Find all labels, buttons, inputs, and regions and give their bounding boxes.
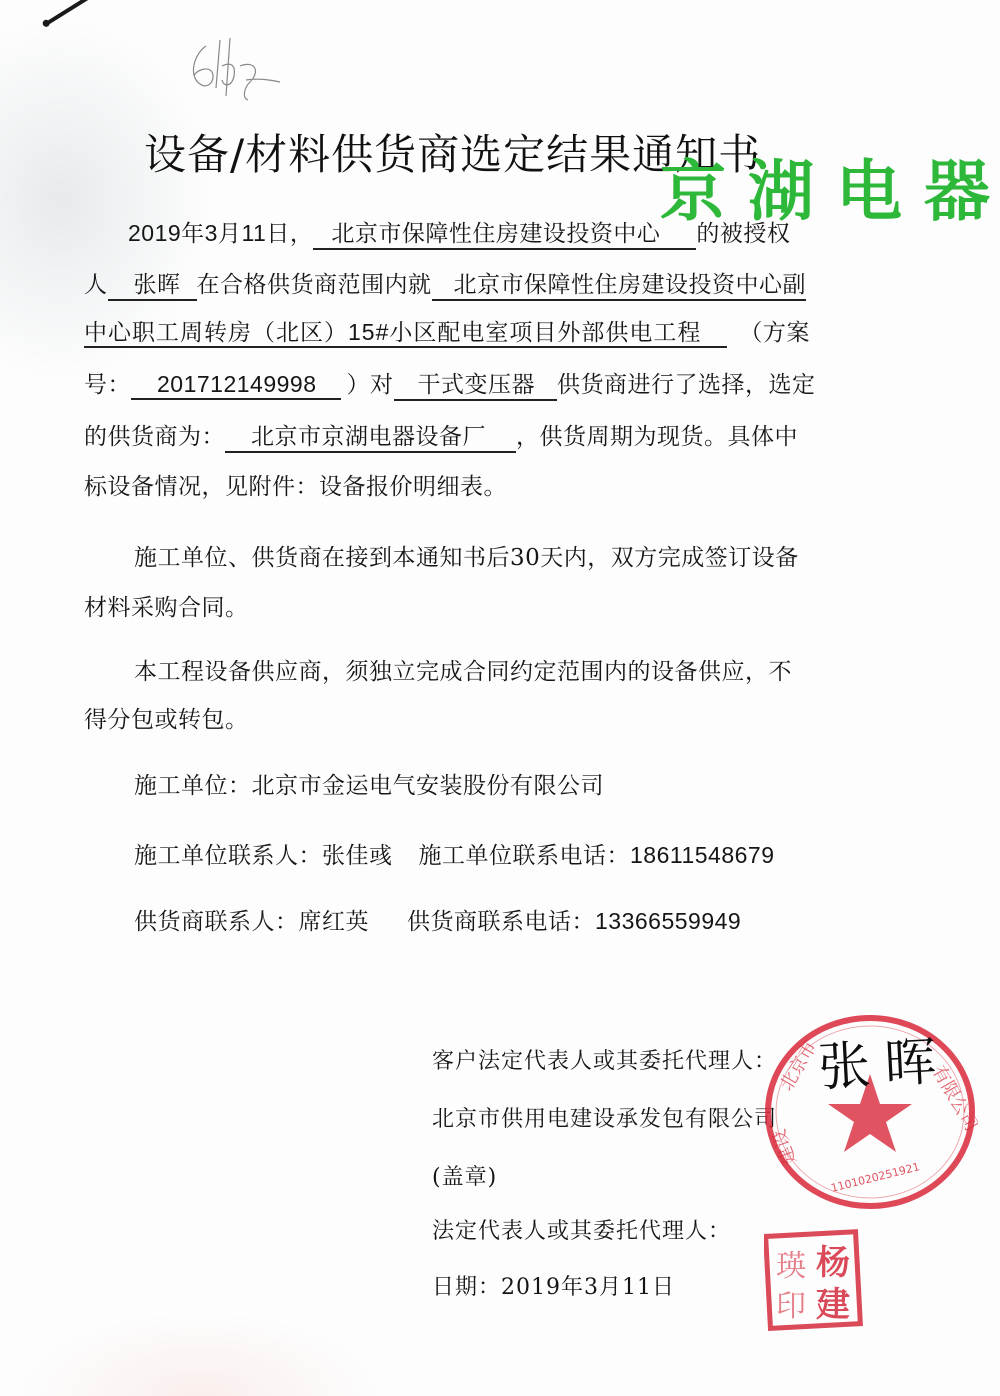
construction-unit-label: 施工单位： — [134, 773, 252, 799]
paragraph3-line2: 得分包或转包。 — [84, 705, 249, 735]
date-row: 日期：2019年3月11日 — [432, 1270, 675, 1301]
legal-rep-label: 法定代表人或其委托代理人： — [432, 1214, 731, 1245]
text: 号： — [84, 372, 131, 398]
date-label: 日期： — [432, 1275, 501, 1300]
paragraph1-line1: 2019年3月11日，北京市保障性住房建设投资中心的被授权 — [128, 218, 790, 250]
paragraph2-line1: 施工单位、供货商在接到本通知书后30天内，双方完成签订设备 — [134, 543, 799, 573]
paragraph1-line4: 号：201712149998）对干式变压器供货商进行了选择，选定 — [84, 370, 816, 401]
paragraph1-line5: 的供货商为：北京市京湖电器设备厂，供货周期为现货。具体中 — [84, 422, 798, 453]
paragraph3-line1: 本工程设备供应商，须独立完成合同约定范围内的设备供应，不 — [134, 657, 792, 687]
company-name: 北京市供用电建设承发包有限公司 — [432, 1102, 777, 1133]
svg-text:建: 建 — [816, 1285, 850, 1325]
text: 的被授权 — [696, 221, 790, 247]
text: ）对 — [341, 372, 394, 398]
text: 的供货商为： — [84, 424, 225, 450]
svg-text:建设: 建设 — [769, 1126, 801, 1167]
pen-mark — [45, 0, 93, 26]
text: 人 — [84, 272, 108, 298]
supplier-phone-value: 13366559949 — [595, 908, 741, 934]
supplier-field: 北京市京湖电器设备厂 — [225, 423, 516, 453]
construction-unit-value: 北京市金运电气安装股份有限公司 — [252, 773, 605, 799]
svg-text:瑛: 瑛 — [776, 1249, 806, 1284]
supplier-phone-label: 供货商联系电话： — [407, 909, 595, 935]
client-name-field: 北京市保障性住房建设投资中心 — [313, 220, 696, 250]
personal-seal-icon: 杨 建 瑛 印 — [764, 1228, 864, 1332]
paragraph2-line2: 材料采购合同。 — [84, 593, 249, 623]
handwritten-initials — [186, 36, 282, 106]
text: ，供货周期为现货。具体中 — [516, 424, 798, 450]
construction-phone-value: 18611548679 — [630, 842, 775, 868]
supplier-contact-label: 供货商联系人： — [134, 909, 299, 935]
svg-text:1101020251921: 1101020251921 — [830, 1160, 921, 1195]
client-rep-label: 客户法定代表人或其委托代理人： — [432, 1044, 777, 1075]
svg-text:杨: 杨 — [816, 1243, 850, 1283]
project-name-field-part1: 北京市保障性住房建设投资中心副 — [432, 271, 807, 301]
construction-contact-label: 施工单位联系人： — [134, 843, 322, 869]
text: 在合格供货商范围内就 — [197, 272, 432, 298]
construction-phone-label: 施工单位联系电话： — [419, 843, 631, 869]
date-value: 2019年3月11日 — [501, 1275, 675, 1300]
handwritten-signature: 张晖 — [816, 1019, 952, 1101]
scheme-number-field: 201712149998 — [131, 370, 341, 400]
supplier-contact-value: 席红英 — [299, 909, 370, 935]
project-name-field-part2: 中心职工周转房（北区）15#小区配电室项目外部供电工程 — [84, 318, 727, 348]
text: （方案 — [727, 320, 810, 346]
paragraph1-line3: 中心职工周转房（北区）15#小区配电室项目外部供电工程（方案 — [84, 318, 810, 348]
paragraph1-line6: 标设备情况，见附件：设备报价明细表。 — [84, 472, 507, 502]
seal-note: (盖章) — [432, 1160, 497, 1191]
supplier-contact-row: 供货商联系人：席红英供货商联系电话：13366559949 — [134, 906, 741, 937]
authorized-person-field: 张晖 — [108, 271, 197, 301]
construction-contact-row: 施工单位联系人：张佳彧施工单位联系电话：18611548679 — [134, 840, 775, 871]
text: 供货商进行了选择，选定 — [557, 372, 816, 398]
notice-date: 2019年3月11日， — [128, 220, 313, 246]
construction-unit-row: 施工单位：北京市金运电气安装股份有限公司 — [134, 771, 604, 801]
paragraph1-line2: 人张晖在合格供货商范围内就北京市保障性住房建设投资中心副 — [84, 270, 806, 301]
equipment-field: 干式变压器 — [394, 371, 558, 401]
svg-text:印: 印 — [776, 1289, 806, 1324]
construction-contact-value: 张佳彧 — [322, 843, 393, 869]
